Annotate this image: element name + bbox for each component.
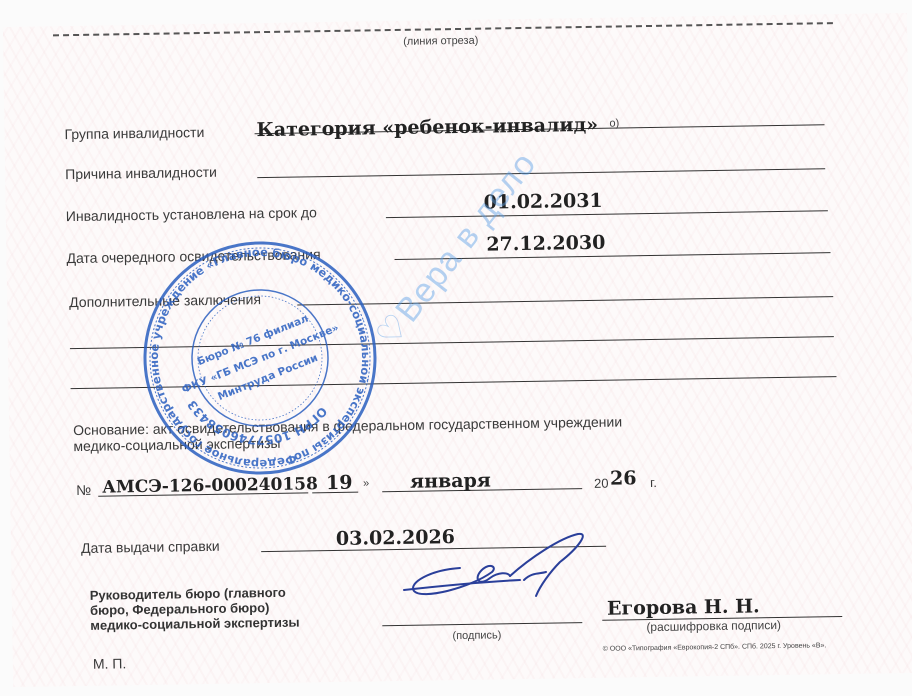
group-hint: о) [609,117,619,129]
term-line [386,210,828,218]
act-year-suffix: 26 [610,467,637,489]
name-caption: (расшифровка подписи) [646,618,781,634]
printer-imprint: © ООО «Типография «Еврокопия-2 СПб». СПб… [603,642,827,653]
act-year-prefix: 20 [594,476,609,491]
term-label: Инвалидность установлена на срок до [66,204,317,224]
act-quote: » [363,477,369,489]
cut-line-caption: (линия отреза) [403,35,478,48]
act-month: января [410,470,491,493]
seal-place-label: М. П. [93,655,127,672]
act-year-unit: г. [650,475,657,490]
group-value: Категория «ребенок-инвалид» [256,114,598,141]
signer-name: Егорова Н. Н. [607,595,760,619]
cut-line [53,22,833,36]
issue-date-label: Дата выдачи справки [81,538,220,556]
group-label: Группа инвалидности [64,124,204,142]
signature-line [382,622,582,626]
signature-caption: (подпись) [452,629,501,642]
head-title-line-3: медико-социальной экспертизы [90,615,299,633]
act-number-sign: № [76,482,91,498]
handwritten-signature [400,528,600,598]
cause-label: Причина инвалидности [65,164,217,182]
next-exam-value: 27.12.2030 [486,232,605,256]
official-stamp: Федеральное государственное учреждение «… [140,238,380,478]
